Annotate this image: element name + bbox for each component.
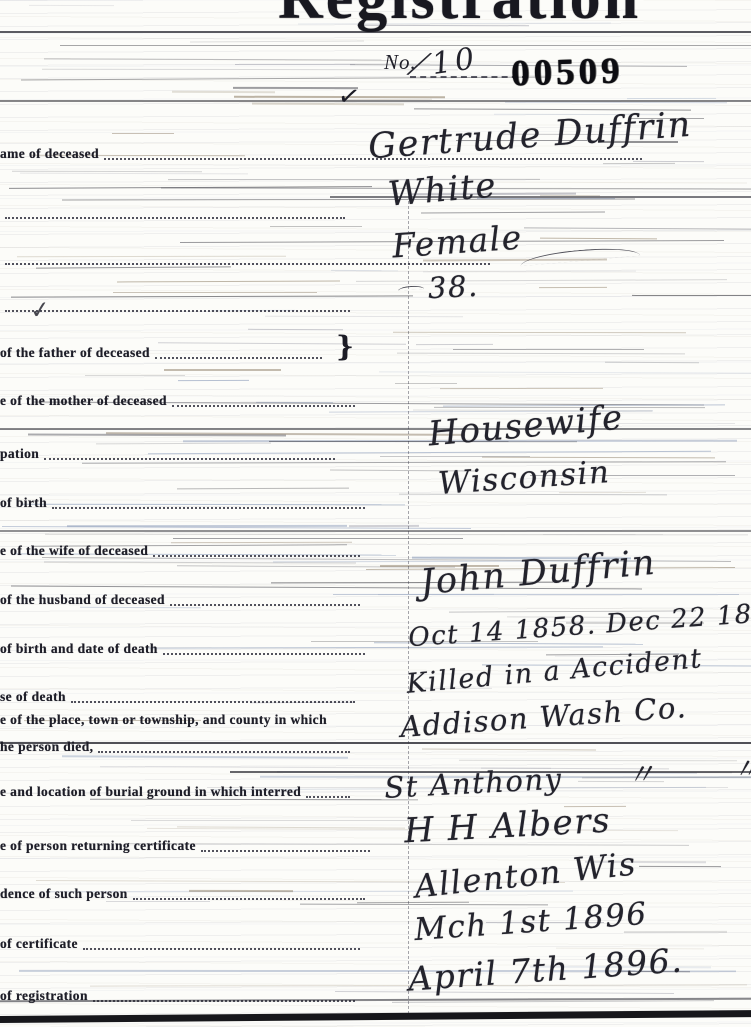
dotted-leader — [98, 751, 350, 753]
scan-streak — [453, 349, 644, 350]
record-number-line: No. ⁄ 10 — [384, 50, 417, 75]
field-label: e of person returning certificate — [0, 838, 196, 854]
scan-streak — [112, 133, 174, 134]
scan-streak — [252, 102, 404, 105]
dotted-leader — [306, 796, 350, 798]
field-row-occupation: pation — [0, 446, 335, 462]
field-row-place-of-birth: of birth — [0, 495, 365, 511]
field-row-person-returning-certificate: e of person returning certificate — [0, 838, 370, 854]
field-value-date-of-registration: April 7th 1896. — [407, 940, 684, 998]
dotted-leader — [201, 850, 370, 852]
field-label: of birth — [0, 495, 47, 511]
record-number-value: 10 — [430, 41, 481, 82]
scan-streak — [458, 181, 747, 183]
bottom-rule-thick — [0, 1010, 751, 1023]
field-label: e and location of burial ground in which… — [0, 784, 301, 800]
field-row-husband: of the husband of deceased — [0, 592, 360, 608]
scan-streak — [270, 226, 362, 227]
scanned-death-registration-form: Registration No. ⁄ 10 00509 ✓ ✓ ame of d… — [0, 0, 751, 1027]
field-label: ame of deceased — [0, 146, 99, 162]
field-value-residence: Allenton Wis — [413, 844, 639, 905]
field-label: e of the mother of deceased — [0, 393, 167, 409]
scan-streak — [632, 295, 751, 296]
field-label: se of death — [0, 689, 66, 705]
scan-streak — [177, 488, 349, 490]
form-title: Registration — [278, 0, 641, 33]
scan-streak — [331, 269, 398, 270]
dotted-leader — [71, 701, 355, 703]
dotted-leader — [5, 217, 345, 219]
field-label: of certificate — [0, 936, 78, 952]
stamp-number: 00509 — [510, 50, 624, 96]
field-label: of the husband of deceased — [0, 592, 165, 608]
scan-streak — [62, 755, 348, 758]
dotted-leader — [172, 405, 355, 407]
field-label: of the father of deceased — [0, 345, 150, 361]
scan-streak — [356, 279, 727, 282]
scan-streak — [603, 163, 675, 164]
scan-streak — [524, 228, 751, 230]
scan-streak — [60, 45, 751, 46]
field-value-burial-ground: St Anthony 〃 〃 — [383, 746, 751, 807]
scan-streak — [618, 423, 735, 424]
scan-streak — [605, 361, 699, 362]
field-label: e of the wife of deceased — [0, 543, 148, 559]
scan-streak — [11, 295, 413, 297]
dotted-leader — [163, 653, 365, 655]
dotted-leader — [83, 948, 360, 950]
scan-streak — [416, 344, 493, 345]
field-row-burial-ground: e and location of burial ground in which… — [0, 784, 350, 800]
dotted-leader — [153, 555, 360, 557]
pen-dash — [398, 285, 424, 291]
scan-streak — [45, 534, 748, 536]
scan-streak — [62, 199, 635, 201]
field-value-color: White — [386, 165, 498, 214]
field-row-father: of the father of deceased — [0, 345, 322, 361]
scan-streak — [96, 443, 271, 445]
scan-streak — [505, 102, 727, 104]
scan-streak — [379, 371, 751, 373]
field-row-wife: e of the wife of deceased — [0, 543, 360, 559]
scan-streak — [0, 100, 751, 102]
scan-streak — [113, 292, 317, 293]
field-row-mother: e of the mother of deceased — [0, 393, 355, 409]
scan-streak — [178, 380, 249, 381]
field-label: pation — [0, 446, 39, 462]
field-label: he person died, — [0, 739, 93, 755]
field-row-date-of-certificate: of certificate — [0, 936, 360, 952]
scan-streak — [44, 59, 396, 61]
record-number-label: No. — [384, 50, 417, 74]
scan-streak — [422, 748, 596, 750]
scan-streak — [117, 280, 340, 282]
scan-streak — [540, 237, 657, 239]
scan-streak — [539, 287, 607, 288]
scan-streak — [190, 41, 364, 43]
scan-streak — [0, 530, 751, 532]
dotted-leader — [44, 458, 335, 460]
scan-streak — [131, 820, 426, 821]
form-title-clip: Registration — [0, 0, 751, 33]
dotted-leader — [170, 604, 360, 606]
scan-streak — [44, 562, 356, 564]
field-row-place-died-line2: he person died, — [0, 739, 350, 755]
scan-streak — [28, 434, 286, 437]
field-row-birth-death-dates: of birth and date of death — [0, 641, 365, 657]
pen-bracket-mark: } — [336, 330, 354, 363]
scan-streak — [20, 173, 248, 175]
scan-streak — [392, 1000, 714, 1003]
scan-streak — [0, 428, 751, 430]
scan-streak — [265, 316, 463, 318]
field-value-age: 38. — [427, 269, 479, 306]
scan-streak — [633, 160, 704, 161]
scan-streak — [440, 388, 603, 389]
scan-streak — [421, 212, 605, 214]
scan-streak — [395, 383, 457, 384]
dotted-leader — [133, 898, 365, 900]
scan-streak — [380, 456, 530, 457]
scan-streak — [639, 866, 721, 867]
dotted-leader — [155, 357, 322, 359]
scan-streak — [85, 375, 185, 376]
scan-streak — [173, 538, 463, 539]
pen-flourish — [520, 245, 641, 266]
field-row-color — [0, 205, 345, 221]
field-label: of birth and date of death — [0, 641, 158, 657]
scan-streak — [393, 332, 686, 333]
scan-streak — [248, 328, 343, 329]
field-row-residence: dence of such person — [0, 886, 365, 902]
dotted-leader — [52, 507, 365, 509]
field-label: e of the place, town or township, and co… — [0, 712, 327, 728]
field-value-place-died: Addison Wash Co. — [399, 690, 688, 744]
field-row-place-died-line1: e of the place, town or township, and co… — [0, 712, 380, 728]
scan-streak — [172, 90, 275, 92]
scan-streak — [397, 352, 685, 354]
scan-streak — [164, 369, 281, 371]
field-row-age — [0, 298, 350, 314]
check-mark: ✓ — [336, 80, 363, 113]
scan-streak — [235, 64, 355, 65]
field-row-cause-of-death: se of death — [0, 689, 355, 705]
dotted-leader — [5, 310, 350, 312]
field-label: dence of such person — [0, 886, 128, 902]
column-divider-dashed-line — [408, 196, 409, 1014]
